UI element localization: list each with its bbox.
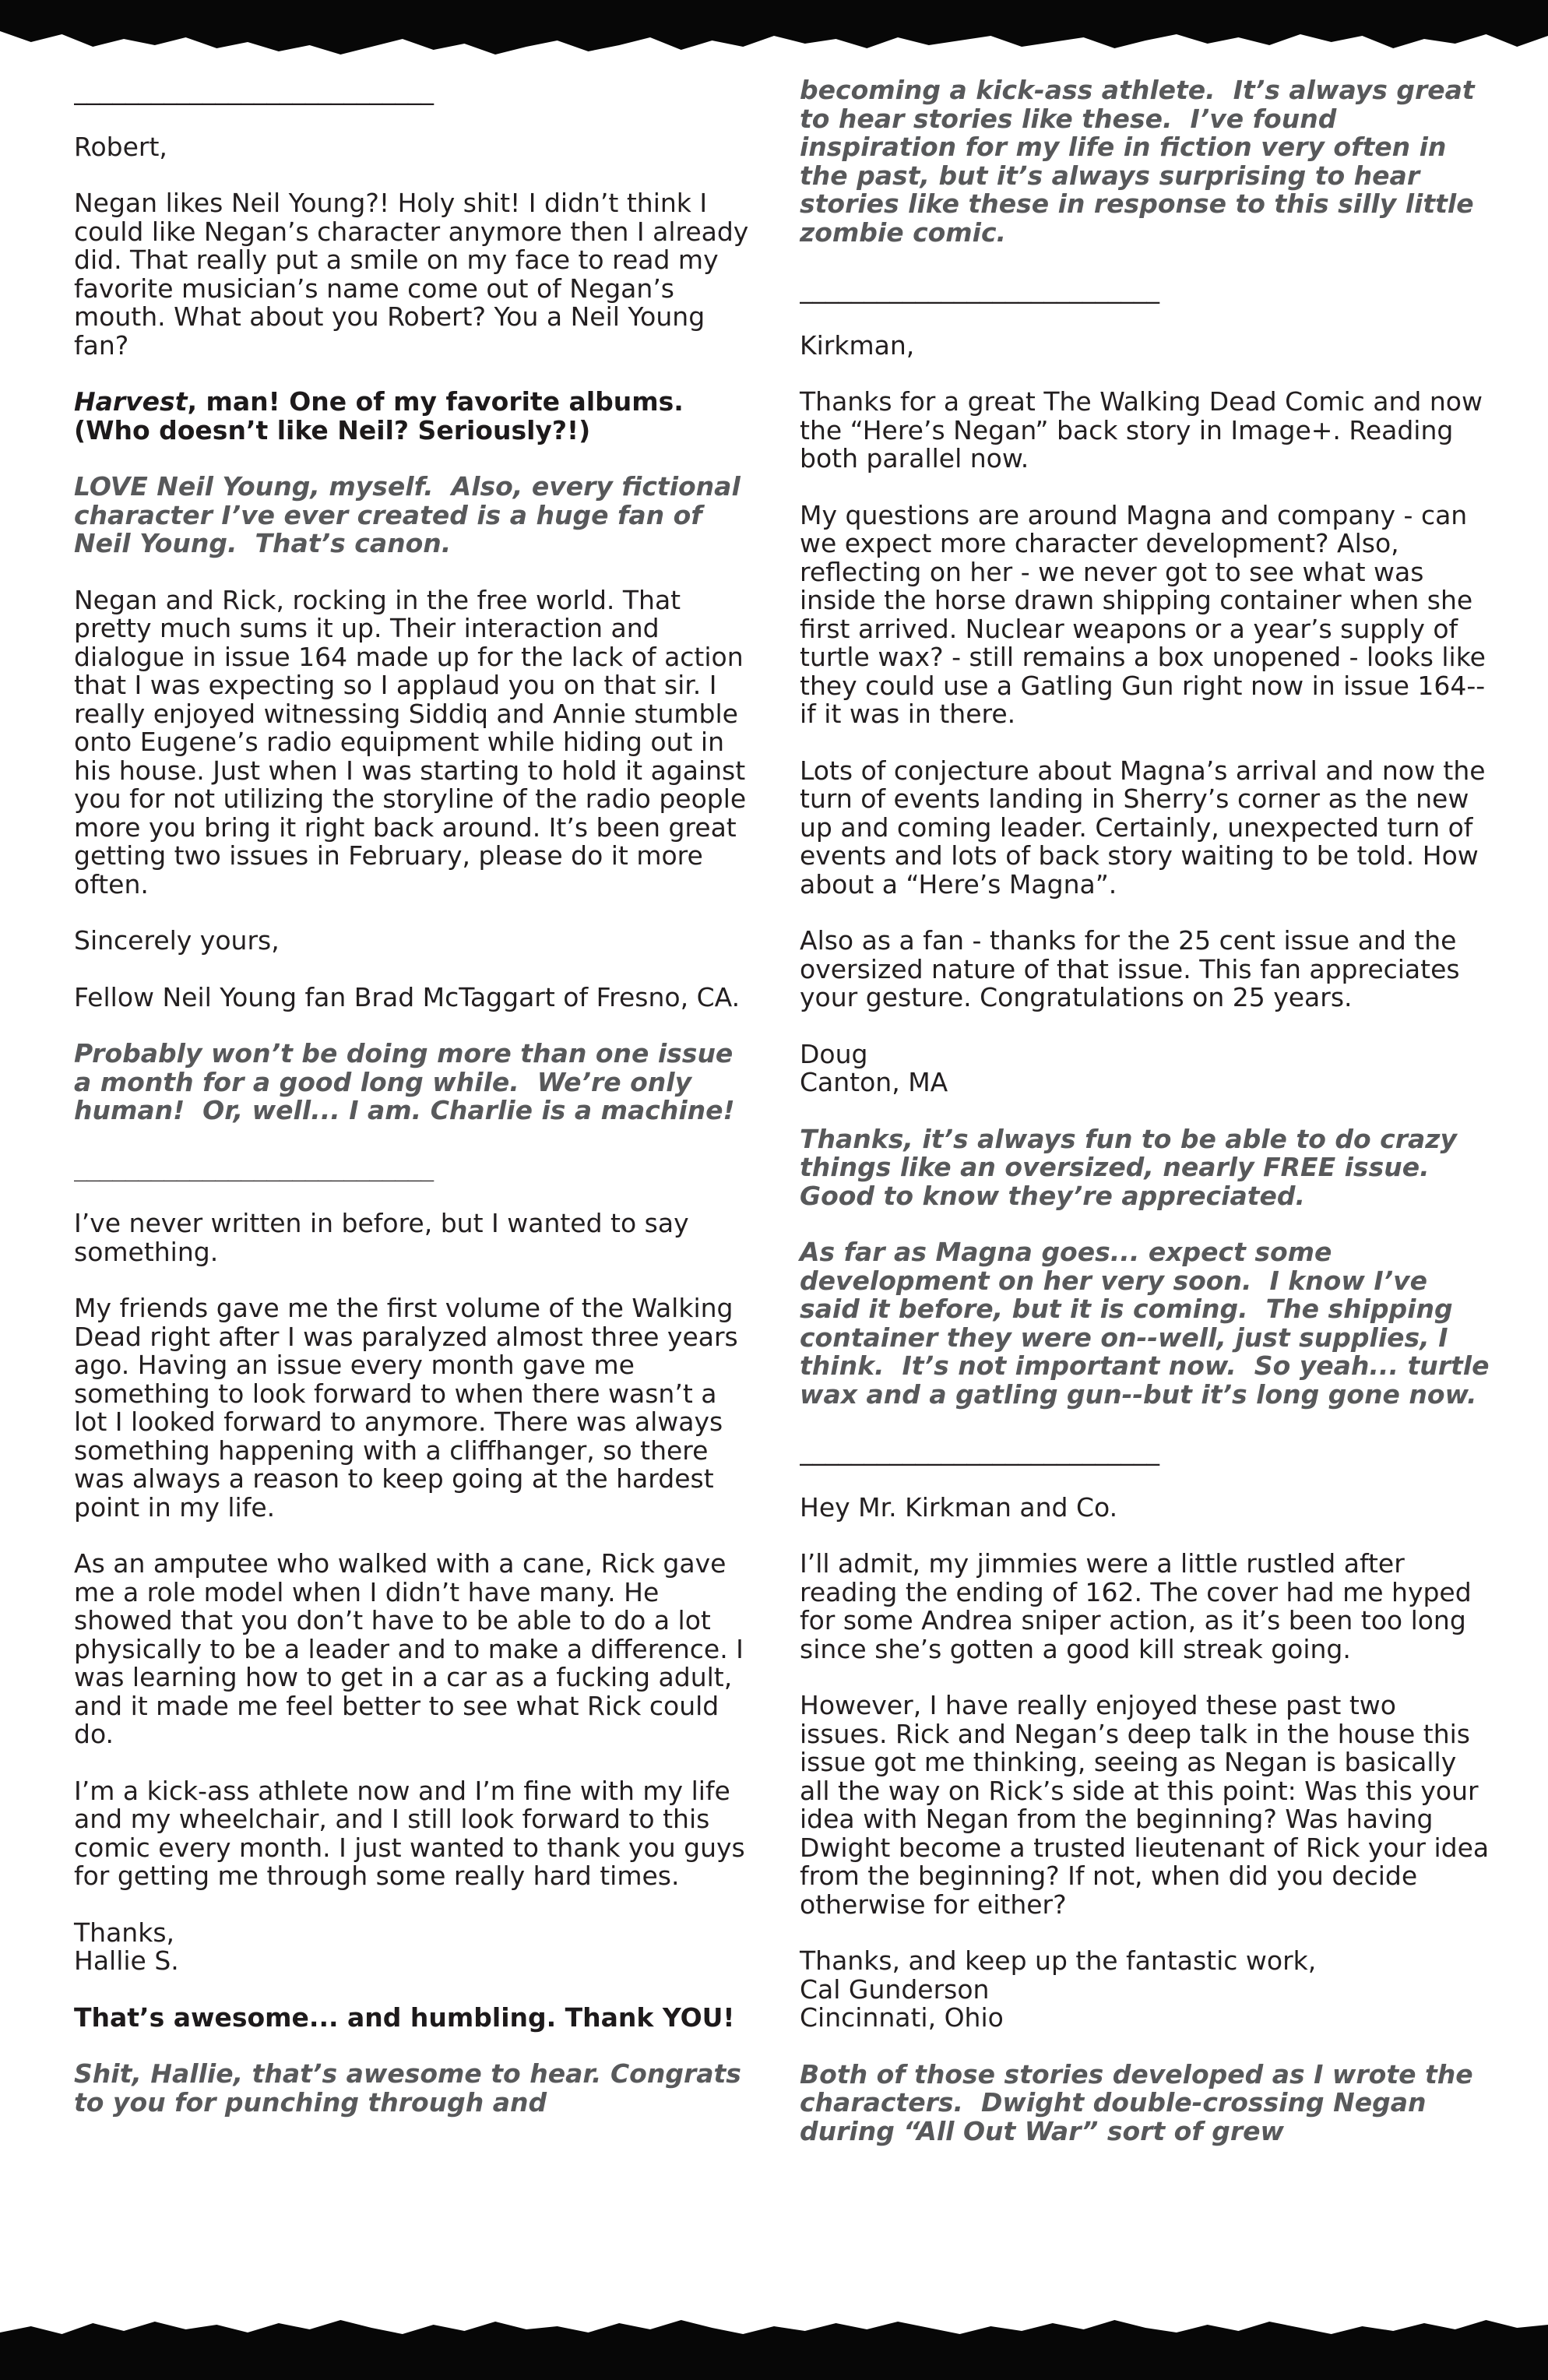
letter-text: I’ll admit, my jimmies were a little rus…	[800, 1550, 1490, 1664]
letter-text: As an amputee who walked with a cane, Ri…	[74, 1550, 750, 1749]
editor-response: Shit, Hallie, that’s awesome to hear. Co…	[74, 2060, 750, 2117]
letter-text: Negan and Rick, rocking in the free worl…	[74, 586, 750, 900]
letter-text: Kirkman,	[800, 332, 1490, 361]
editor-response: As far as Magna goes... expect some deve…	[800, 1238, 1490, 1409]
bottom-border-grunge	[0, 2306, 1548, 2380]
editor-response: Both of those stories developed as I wro…	[800, 2061, 1490, 2146]
letter-text: My friends gave me the first volume of t…	[74, 1294, 750, 1522]
divider-line: ____________________________	[74, 1153, 750, 1182]
letters-column-right: becoming a kick-ass athlete. It’s always…	[800, 76, 1490, 2174]
letter-text: Sincerely yours,	[74, 927, 750, 956]
letter-text: Hey Mr. Kirkman and Co.	[800, 1494, 1490, 1523]
letters-column-left: ____________________________Robert,Negan…	[74, 76, 750, 2174]
album-title-italic: Harvest	[74, 386, 187, 417]
editor-response-bold: That’s awesome... and humbling. Thank YO…	[74, 2004, 750, 2033]
letter-text: My questions are around Magna and compan…	[800, 502, 1490, 729]
editor-response: becoming a kick-ass athlete. It’s always…	[800, 76, 1490, 247]
letter-text: However, I have really enjoyed these pas…	[800, 1692, 1490, 1919]
letter-text: I’ve never written in before, but I want…	[74, 1209, 750, 1266]
letter-text: Thanks for a great The Walking Dead Comi…	[800, 388, 1490, 474]
letters-columns: ____________________________Robert,Negan…	[74, 76, 1490, 2174]
editor-response: Thanks, it’s always fun to be able to do…	[800, 1125, 1490, 1211]
letter-text: Doug Canton, MA	[800, 1040, 1490, 1097]
letters-page: ____________________________Robert,Negan…	[0, 0, 1548, 2380]
letter-text: Thanks, and keep up the fantastic work, …	[800, 1947, 1490, 2033]
letter-text: I’m a kick-ass athlete now and I’m fine …	[74, 1777, 750, 1891]
letter-text: Also as a fan - thanks for the 25 cent i…	[800, 927, 1490, 1012]
letter-text: Fellow Neil Young fan Brad McTaggart of …	[74, 984, 750, 1012]
editor-response: LOVE Neil Young, myself. Also, every fic…	[74, 473, 750, 558]
letter-text: Robert,	[74, 133, 750, 162]
divider-line: ____________________________	[74, 76, 750, 105]
letter-text: Lots of conjecture about Magna’s arrival…	[800, 757, 1490, 900]
divider-line: ____________________________	[800, 275, 1490, 304]
editor-response: Probably won’t be doing more than one is…	[74, 1040, 750, 1125]
editor-response-bold: Harvest, man! One of my favorite albums.…	[74, 388, 750, 445]
divider-line: ____________________________	[800, 1437, 1490, 1466]
letter-text: Negan likes Neil Young?! Holy shit! I di…	[74, 189, 750, 360]
top-border-grunge	[0, 0, 1548, 62]
letter-text: Thanks, Hallie S.	[74, 1919, 750, 1976]
